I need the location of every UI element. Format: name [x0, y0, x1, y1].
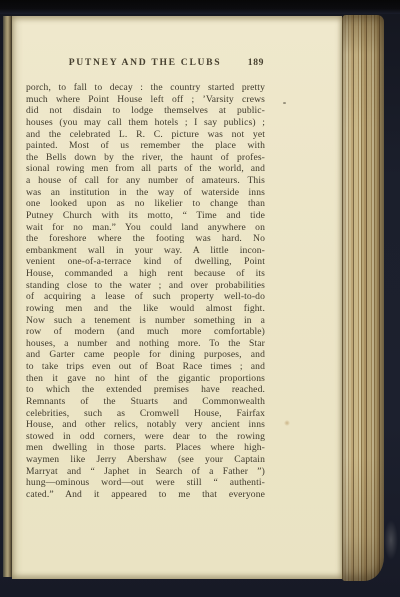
text-line: of acquiring a lease of such property we…: [26, 291, 265, 303]
text-line: one looked upon as no likelier to change…: [26, 198, 265, 210]
book-page: PUTNEY AND THE CLUBS 189 porch, to fall …: [12, 16, 342, 579]
text-line: men dwelling in those parts. Places wher…: [26, 442, 265, 454]
text-line: hung—ominous word—out were still “ authe…: [26, 477, 265, 489]
text-line: a house of call for any number of amateu…: [26, 175, 265, 187]
text-line: then it gave no hint of the gigantic pro…: [26, 373, 265, 385]
text-line: celebrities, such as Cromwell House, Fai…: [26, 408, 265, 420]
page-number: 189: [248, 57, 264, 68]
page-left-edge: [3, 16, 12, 577]
text-line: to which the extended premises have reac…: [26, 384, 265, 396]
text-line: to take trips even out of Boat Race time…: [26, 361, 265, 373]
text-line: porch, to fall to decay : the country st…: [26, 82, 265, 94]
page-text: porch, to fall to decay : the country st…: [26, 82, 265, 501]
running-head: PUTNEY AND THE CLUBS 189: [26, 57, 264, 70]
text-line: sional rowing men from all parts of the …: [26, 163, 265, 175]
text-line: houses (you may call them hotels ; I say…: [26, 117, 265, 129]
text-line: much where Point House left off ; ’Varsi…: [26, 94, 265, 106]
text-line: row of modern (and much more comfortable…: [26, 326, 265, 338]
text-line: painted. Most of us remember the place w…: [26, 140, 265, 152]
chapter-title: PUTNEY AND THE CLUBS: [69, 57, 222, 68]
text-line: Marryat and “ Japhet in Search of a Fath…: [26, 466, 265, 478]
foxing-spot: [284, 420, 290, 426]
photo-border-top: [0, 0, 400, 14]
text-line: and Garter came people for dining purpos…: [26, 349, 265, 361]
text-line: Putney Church with its motto, “ Time and…: [26, 210, 265, 222]
text-line: waymen like Jerry Abershaw (see your Cap…: [26, 454, 265, 466]
text-line: Remnants of the Stuarts and Commonwealth: [26, 396, 265, 408]
text-line: Now such a tenement is number something …: [26, 315, 265, 327]
book-fore-edge: [342, 15, 384, 581]
text-line: houses, a number and nothing more. To th…: [26, 338, 265, 350]
text-line: embankment wall in your way. A little in…: [26, 245, 265, 257]
book-photo: PUTNEY AND THE CLUBS 189 porch, to fall …: [0, 0, 400, 597]
text-line: House, commanded a high rent because of …: [26, 268, 265, 280]
text-line: House, and other relics, notably very an…: [26, 419, 265, 431]
text-line: cated.” And it appeared to me that every…: [26, 489, 265, 501]
text-line: and the celebrated L. R. C. picture was …: [26, 129, 265, 141]
ink-speck: [283, 102, 286, 104]
text-line: standing close to the water ; and over p…: [26, 280, 265, 292]
text-line: did not disdain to lodge themselves at p…: [26, 105, 265, 117]
text-line: the foreshore where the footing was hard…: [26, 233, 265, 245]
text-line: wait for no man.” You could land anywher…: [26, 222, 265, 234]
text-line: the Bells down by the river, the haunt o…: [26, 152, 265, 164]
text-line: stowed in odd corners, were dear to the …: [26, 431, 265, 443]
text-line: venient one-of-a-terrace kind of dwellin…: [26, 256, 265, 268]
text-line: rowing men and the like would almost fig…: [26, 303, 265, 315]
border-smudge: [384, 520, 398, 560]
text-line: was an institution in the way of watersi…: [26, 187, 265, 199]
